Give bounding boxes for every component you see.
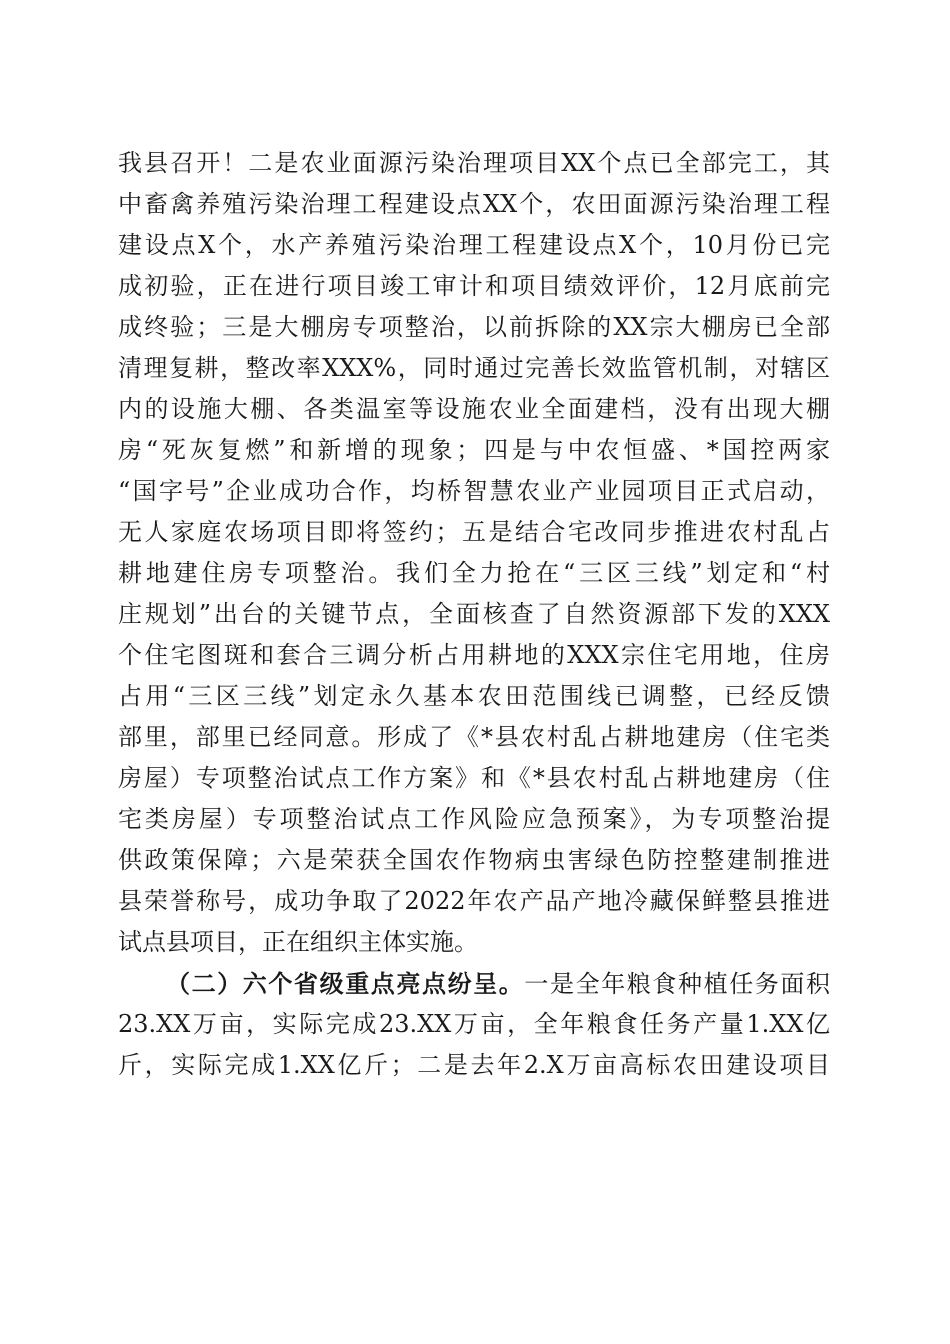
paragraph-line: 宅类房屋）专项整治试点工作风险应急预案》，为专项整治提	[118, 799, 830, 840]
paragraph-line: 我县召开！二是农业面源污染治理项目XX个点已全部完工，其	[118, 143, 830, 184]
paragraph-line: 庄规划”出台的关键节点，全面核查了自然资源部下发的XXX	[118, 594, 830, 635]
paragraph-line: 内的设施大棚、各类温室等设施农业全面建档，没有出现大棚	[118, 389, 830, 430]
paragraph-line: “国字号”企业成功合作，均桥智慧农业产业园项目正式启动，	[118, 471, 830, 512]
section-text: 一是全年粮食种植任务面积	[524, 970, 830, 998]
paragraph-line: 23.XX万亩，实际完成23.XX万亩，全年粮食任务产量1.XX亿	[118, 1004, 830, 1045]
paragraph-line: 房屋）专项整治试点工作方案》和《*县农村乱占耕地建房（住	[118, 758, 830, 799]
paragraph-line: 部里，部里已经同意。形成了《*县农村乱占耕地建房（住宅类	[118, 717, 830, 758]
section-heading: （二）六个省级重点亮点纷呈。	[166, 969, 524, 998]
paragraph-line: 无人家庭农场项目即将签约；五是结合宅改同步推进农村乱占	[118, 512, 830, 553]
paragraph-line: 供政策保障；六是荣获全国农作物病虫害绿色防控整建制推进	[118, 840, 830, 881]
paragraph-line: 成终验；三是大棚房专项整治，以前拆除的XX宗大棚房已全部	[118, 307, 830, 348]
paragraph-line: 斤，实际完成1.XX亿斤；二是去年2.X万亩高标农田建设项目	[118, 1045, 830, 1086]
paragraph-line: 成初验，正在进行项目竣工审计和项目绩效评价，12月底前完	[118, 266, 830, 307]
paragraph-line: 占用“三区三线”划定永久基本农田范围线已调整，已经反馈	[118, 676, 830, 717]
paragraph-line: 中畜禽养殖污染治理工程建设点XX个，农田面源污染治理工程	[118, 184, 830, 225]
paragraph-line: 耕地建住房专项整治。我们全力抢在“三区三线”划定和“村	[118, 553, 830, 594]
paragraph-line: 县荣誉称号，成功争取了2022年农产品产地冷藏保鲜整县推进	[118, 881, 830, 922]
paragraph-line: 房“死灰复燃”和新增的现象；四是与中农恒盛、*国控两家	[118, 430, 830, 471]
paragraph-line: 清理复耕，整改率XXX%，同时通过完善长效监管机制，对辖区	[118, 348, 830, 389]
paragraph-line: 建设点X个，水产养殖污染治理工程建设点X个，10月份已完	[118, 225, 830, 266]
section-heading-line: （二）六个省级重点亮点纷呈。一是全年粮食种植任务面积	[118, 963, 830, 1004]
paragraph-line: 个住宅图斑和套合三调分析占用耕地的XXX宗住宅用地，住房	[118, 635, 830, 676]
document-page: 我县召开！二是农业面源污染治理项目XX个点已全部完工，其 中畜禽养殖污染治理工程…	[118, 143, 830, 1086]
paragraph-line: 试点县项目，正在组织主体实施。	[118, 922, 830, 963]
